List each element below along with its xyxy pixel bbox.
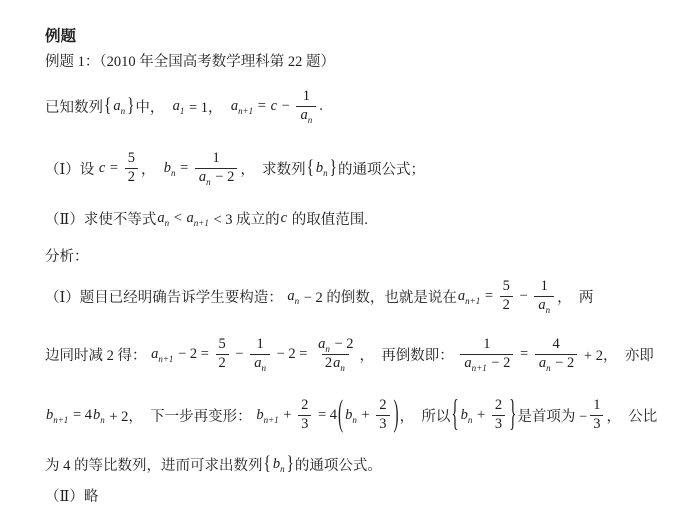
text-run: =: [254, 98, 269, 115]
analysis-line-2: 边同时减 2 得： an+1 − 2 = 52 − 1an − 2 = an −…: [45, 326, 666, 382]
text-run: 4: [552, 336, 559, 353]
fraction: 23: [492, 397, 505, 433]
math-var: bn: [344, 407, 358, 424]
brace-open-fence: {: [451, 397, 458, 434]
text-run: 3: [379, 416, 386, 433]
text-run: 1: [593, 397, 600, 414]
denominator: an − 2: [195, 168, 237, 186]
text-run: 为 4 的等比数列，进而可求出数列: [45, 454, 263, 475]
paren-open-fence: (: [338, 397, 343, 434]
brace-open-fence: {: [104, 96, 111, 116]
fraction: 13: [590, 397, 603, 433]
subscript: n: [165, 217, 170, 227]
given-formula-line: 已知数列{an}中， a1 = 1， an+1 = c − 1an.: [45, 82, 666, 130]
text-run: 1: [256, 336, 263, 353]
math-var: a1: [172, 98, 186, 115]
text-run: 3: [301, 416, 308, 433]
fraction: 23: [376, 397, 389, 433]
text-run: （Ⅱ）略: [45, 485, 98, 506]
brace-open-fence: {: [264, 454, 271, 474]
text-run: 5: [503, 278, 510, 295]
math-var: an+1: [230, 98, 254, 115]
denominator: an: [534, 296, 554, 314]
part2-skip-line: （Ⅱ）略: [45, 484, 666, 506]
text-run: 的通项公式；: [338, 158, 425, 179]
text-run: 2: [219, 355, 226, 372]
denominator: 2an: [322, 354, 349, 372]
text-run: 中，: [135, 96, 171, 117]
math-var: bn: [460, 407, 474, 424]
text-run: +: [280, 407, 295, 424]
math-var: an: [317, 336, 331, 353]
text-run: 例题 1：（2010 年全国高考数学理科第 22 题）: [45, 50, 335, 71]
subscript: n+1: [53, 414, 68, 424]
text-run: 2: [379, 397, 386, 414]
denominator: an+1 − 2: [460, 354, 513, 372]
fraction: 1an: [534, 278, 554, 314]
numerator: 1: [253, 336, 266, 353]
subscript: n: [100, 414, 105, 424]
math-var: an: [537, 297, 551, 314]
subscript: n+1: [158, 353, 173, 363]
numerator: 5: [125, 150, 138, 167]
numerator: 5: [500, 278, 513, 295]
fraction: 52: [125, 150, 138, 186]
section-heading: 例题: [45, 24, 666, 46]
math-var: bn: [272, 456, 286, 473]
text-run: （Ⅱ）求使不等式: [45, 208, 156, 229]
subscript: n: [308, 114, 313, 124]
text-run: − 2 的倒数，也就是说在: [300, 286, 457, 307]
text-run: 分析：: [45, 245, 89, 266]
paren-close-fence: ): [394, 397, 399, 434]
text-run: ， 公比: [606, 405, 657, 426]
math-var: an: [156, 210, 170, 227]
subscript: 1: [180, 105, 185, 115]
text-run: ， 两: [557, 286, 593, 307]
math-var: an+1: [186, 210, 210, 227]
math-var: bn: [315, 160, 329, 177]
numerator: 1: [590, 397, 603, 414]
text-run: − 2: [212, 169, 235, 186]
numerator: 1: [538, 278, 551, 295]
text-run: ， 再倒数即：: [360, 344, 458, 365]
subscript: n: [206, 176, 211, 186]
text-run: =: [481, 288, 496, 305]
text-run: 3: [495, 416, 502, 433]
text-run: 例题: [45, 24, 76, 46]
subscript: n+1: [472, 362, 487, 372]
numerator: 2: [298, 397, 311, 414]
subscript: n: [261, 362, 266, 372]
text-run: 2: [301, 397, 308, 414]
denominator: an: [250, 354, 270, 372]
text-run: 2: [128, 169, 135, 186]
subscript: n: [340, 362, 345, 372]
analysis-line-4: 为 4 的等比数列，进而可求出数列{bn}的通项公式。: [45, 448, 666, 480]
math-var: bn: [92, 407, 106, 424]
subscript: n+1: [194, 217, 209, 227]
fraction: 52: [216, 336, 229, 372]
numerator: 2: [492, 397, 505, 414]
text-run: 1: [541, 278, 548, 295]
text-run: =: [106, 160, 121, 177]
math-var: an+1: [457, 288, 481, 305]
text-run: ， 所以: [400, 405, 451, 426]
brace-open-fence: {: [307, 158, 314, 178]
fraction: 1an: [296, 88, 316, 124]
brace-close-fence: }: [330, 158, 337, 178]
text-run: ， 求数列: [240, 158, 305, 179]
text-run: 2: [495, 397, 502, 414]
denominator: an − 2: [535, 354, 577, 372]
math-var: bn+1: [255, 407, 279, 424]
analysis-label: 分析：: [45, 244, 666, 266]
text-run: = 4: [314, 407, 337, 424]
math-var: c: [270, 98, 278, 115]
denominator: 2: [216, 354, 229, 372]
fraction: 23: [298, 397, 311, 433]
document-page: 例题 例题 1：（2010 年全国高考数学理科第 22 题） 已知数列{an}中…: [0, 0, 692, 532]
subscript: n+1: [264, 414, 279, 424]
subscript: n: [325, 344, 330, 354]
text-run: + 2， 亦即: [580, 344, 653, 365]
brace-close-fence: }: [509, 397, 516, 434]
text-run: 1: [483, 336, 490, 353]
text-run: 边同时减 2 得：: [45, 344, 150, 365]
text-run: < 3 成立的: [210, 208, 280, 229]
numerator: 5: [216, 336, 229, 353]
fraction: 52: [500, 278, 513, 314]
numerator: an − 2: [314, 336, 356, 353]
text-run: <: [170, 210, 185, 227]
math-var: c: [98, 160, 106, 177]
subscript: n: [546, 304, 551, 314]
math-var: an: [538, 355, 552, 372]
numerator: 1: [300, 88, 313, 105]
math-var: an: [198, 169, 212, 186]
math-var: an+1: [463, 355, 487, 372]
text-run: − 2: [331, 336, 354, 353]
subscript: n+1: [465, 295, 480, 305]
math-var: an+1: [150, 346, 174, 363]
denominator: 2: [125, 168, 138, 186]
text-run: 是首项为 −: [517, 405, 587, 426]
text-run: =: [176, 160, 191, 177]
example-title: 例题 1：（2010 年全国高考数学理科第 22 题）: [45, 49, 666, 71]
text-run: 的通项公式。: [295, 454, 382, 475]
math-var: an: [332, 355, 346, 372]
subscript: n: [546, 362, 551, 372]
text-run: ，: [141, 158, 163, 179]
text-run: 5: [128, 150, 135, 167]
numerator: 1: [210, 150, 223, 167]
text-run: .: [319, 98, 323, 115]
text-run: 2: [325, 355, 332, 372]
text-run: − 2: [552, 355, 575, 372]
text-run: 2: [503, 297, 510, 314]
text-run: 的取值范围.: [288, 208, 368, 229]
subscript: n: [323, 167, 328, 177]
text-run: 1: [213, 150, 220, 167]
subscript: n: [121, 105, 126, 115]
math-var: c: [280, 210, 288, 227]
text-run: 5: [219, 336, 226, 353]
math-var: bn+1: [45, 407, 69, 424]
text-run: = 4: [69, 407, 92, 424]
fraction: 1an − 2: [195, 150, 237, 186]
text-run: −: [516, 288, 531, 305]
math-var: an: [112, 98, 126, 115]
denominator: 3: [492, 415, 505, 433]
brace-close-fence: }: [127, 96, 134, 116]
math-var: bn: [163, 160, 177, 177]
fraction: 4an − 2: [535, 336, 577, 372]
text-run: 1: [303, 88, 310, 105]
text-run: = 1，: [185, 96, 229, 117]
text-run: − 2 =: [174, 346, 212, 363]
text-run: + 2， 下一步再变形：: [106, 405, 256, 426]
subscript: n: [295, 295, 300, 305]
subscript: n: [280, 463, 285, 473]
text-run: 3: [593, 416, 600, 433]
denominator: an: [296, 106, 316, 124]
text-run: −: [278, 98, 293, 115]
denominator: 3: [298, 415, 311, 433]
text-run: −: [232, 346, 247, 363]
fraction: an − 22an: [314, 336, 356, 372]
text-run: − 2 =: [273, 346, 311, 363]
question-part1: （Ⅰ）设 c = 52， bn = 1an − 2， 求数列{bn}的通项公式；: [45, 142, 666, 194]
text-run: +: [358, 407, 373, 424]
denominator: 3: [376, 415, 389, 433]
subscript: n: [468, 414, 473, 424]
text-run: （Ⅰ）设: [45, 158, 98, 179]
numerator: 2: [376, 397, 389, 414]
text-run: =: [516, 346, 531, 363]
text-run: +: [473, 407, 488, 424]
numerator: 1: [480, 336, 493, 353]
subscript: n+1: [238, 105, 253, 115]
math-var: an: [286, 288, 300, 305]
math-var: an: [253, 355, 267, 372]
fraction: 1an+1 − 2: [460, 336, 513, 372]
question-part2: （Ⅱ）求使不等式an < an+1 < 3 成立的c 的取值范围.: [45, 204, 666, 232]
text-run: （Ⅰ）题目已经明确告诉学生要构造：: [45, 286, 286, 307]
subscript: n: [171, 167, 176, 177]
math-var: an: [299, 107, 313, 124]
text-run: 已知数列: [45, 96, 103, 117]
subscript: n: [352, 414, 357, 424]
denominator: 3: [590, 415, 603, 433]
fraction: 1an: [250, 336, 270, 372]
brace-close-fence: }: [287, 454, 294, 474]
denominator: 2: [500, 296, 513, 314]
numerator: 4: [549, 336, 562, 353]
analysis-line-1: （Ⅰ）题目已经明确告诉学生要构造： an − 2 的倒数，也就是说在an+1 =…: [45, 270, 666, 322]
analysis-line-3: bn+1 = 4bn + 2， 下一步再变形： bn+1 + 23 = 4(bn…: [45, 386, 666, 444]
text-run: − 2: [488, 355, 511, 372]
